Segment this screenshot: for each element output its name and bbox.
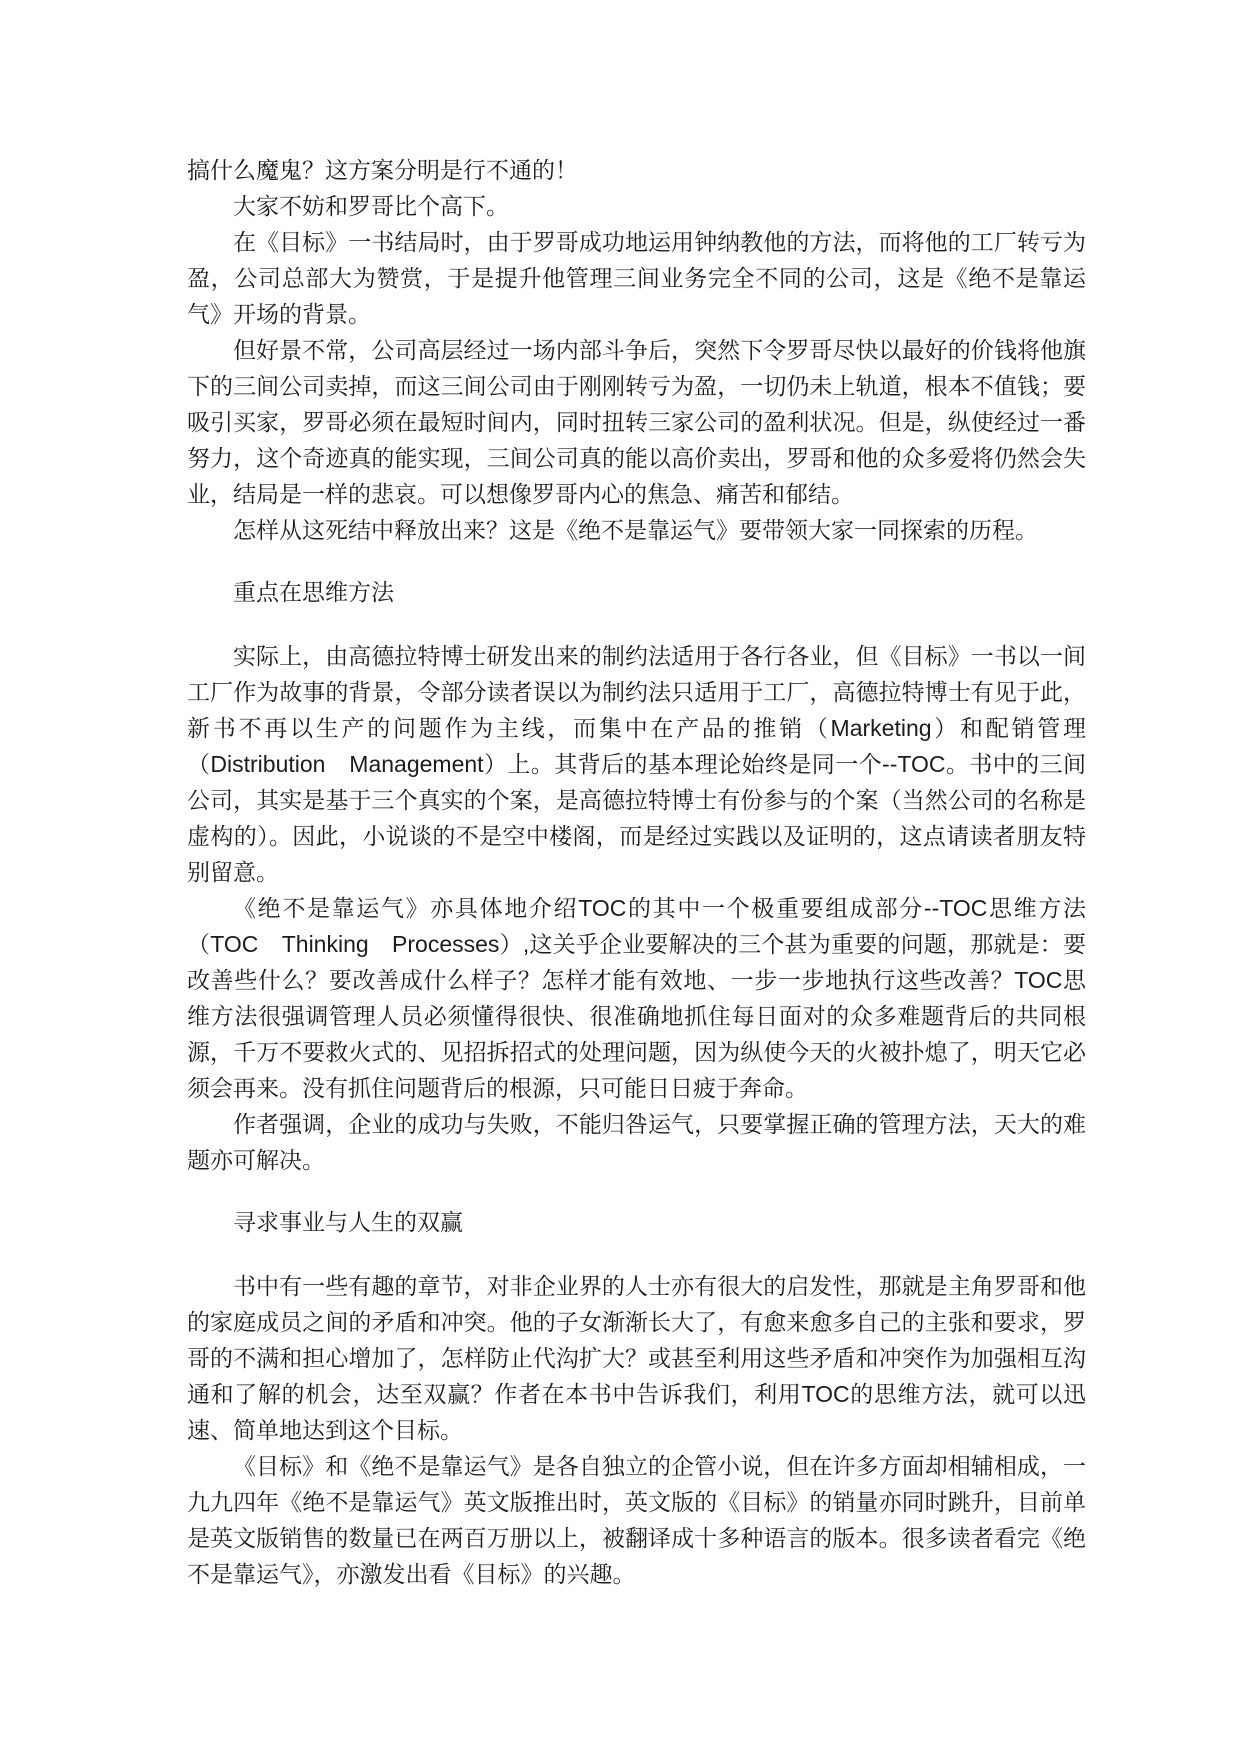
paragraph: 《目标》和《绝不是靠运气》是各自独立的企管小说，但在许多方面却相辅相成，一九九四… (187, 1448, 1086, 1592)
paragraph: 搞什么魔鬼？这方案分明是行不通的！ (187, 152, 1086, 188)
paragraph: 书中有一些有趣的章节，对非企业界的人士亦有很大的启发性，那就是主角罗哥和他的家庭… (187, 1268, 1086, 1448)
section-heading: 寻求事业与人生的双赢 (187, 1204, 1086, 1240)
paragraph: 《绝不是靠运气》亦具体地介绍TOC的其中一个极重要组成部分--TOC思维方法（T… (187, 890, 1086, 1106)
section-heading: 重点在思维方法 (187, 574, 1086, 610)
paragraph: 在《目标》一书结局时，由于罗哥成功地运用钟纳教他的方法，而将他的工厂转亏为盈，公… (187, 224, 1086, 332)
paragraph: 怎样从这死结中释放出来？这是《绝不是靠运气》要带领大家一同探索的历程。 (187, 512, 1086, 548)
paragraph: 大家不妨和罗哥比个高下。 (187, 188, 1086, 224)
paragraph: 实际上，由高德拉特博士研发出来的制约法适用于各行各业，但《目标》一书以一间工厂作… (187, 638, 1086, 890)
paragraph: 但好景不常，公司高层经过一场内部斗争后，突然下令罗哥尽快以最好的价钱将他旗下的三… (187, 332, 1086, 512)
paragraph: 作者强调，企业的成功与失败，不能归咎运气，只要掌握正确的管理方法，天大的难题亦可… (187, 1106, 1086, 1178)
document-page: 搞什么魔鬼？这方案分明是行不通的！ 大家不妨和罗哥比个高下。 在《目标》一书结局… (0, 0, 1241, 1754)
